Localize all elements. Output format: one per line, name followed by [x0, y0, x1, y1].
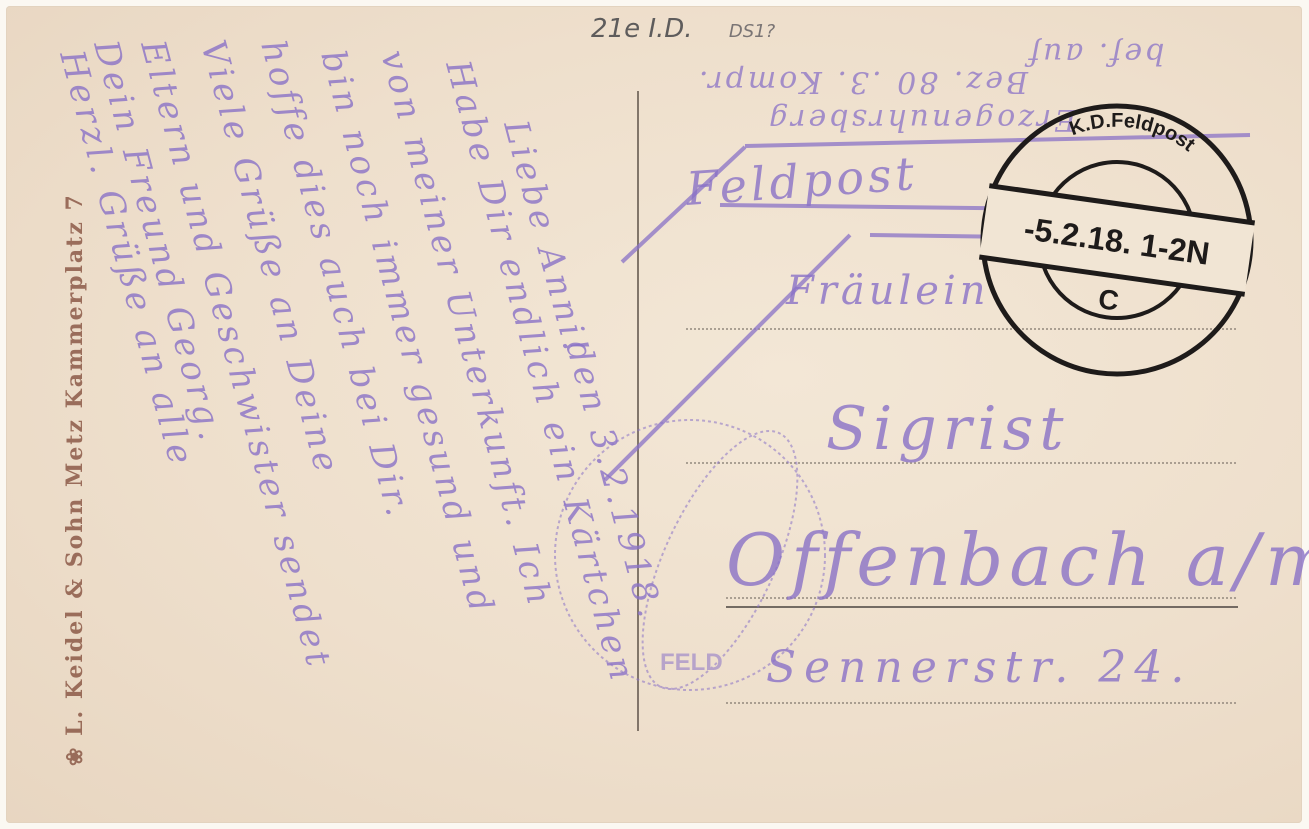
- unit-note-line: Bez. 80 .3. Kompr.: [696, 64, 1028, 99]
- address-rule-4: [726, 702, 1236, 704]
- unit-note-line: Erzogenuhrsberg: [766, 102, 1076, 137]
- recipient-street: Sennerstr. 24.: [766, 642, 1192, 693]
- pencil-annotation: 21e I.D. DS1?: [591, 14, 775, 44]
- address-rule-solid: [726, 606, 1238, 608]
- postcard: ❀ L. Keidel & Sohn Metz Kammerplatz 7 21…: [6, 6, 1302, 823]
- center-divider: [637, 91, 639, 731]
- pencil-annotation-code: DS1?: [729, 21, 775, 42]
- address-rule-1: [686, 328, 1236, 330]
- recipient-salutation: Fräulein: [786, 268, 990, 314]
- pencil-annotation-text: 21e I.D.: [591, 14, 693, 44]
- unit-note-line: bef. auf: [1026, 36, 1164, 71]
- publisher-imprint: ❀ L. Keidel & Sohn Metz Kammerplatz 7: [62, 193, 88, 766]
- recipient-city: Offenbach a/m: [726, 518, 1309, 602]
- recipient-name: Sigrist: [826, 394, 1069, 464]
- feldpost-heading: Feldpost: [684, 146, 919, 216]
